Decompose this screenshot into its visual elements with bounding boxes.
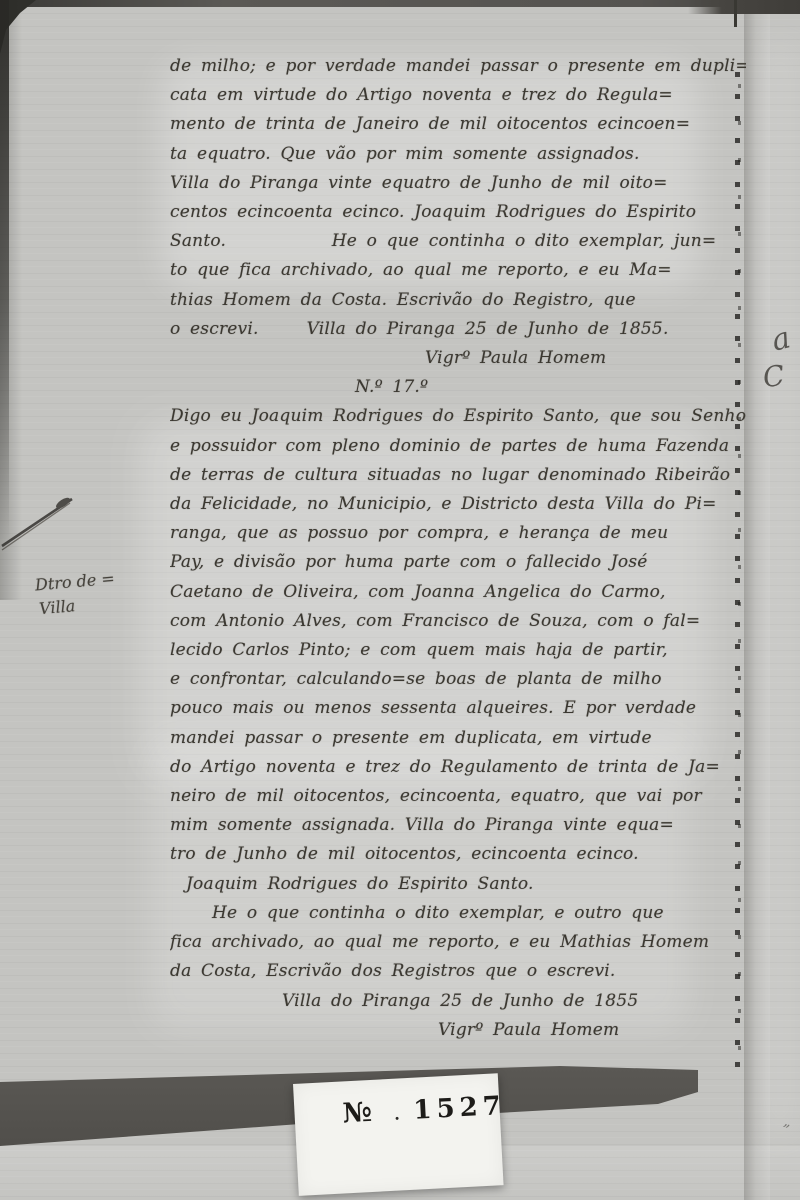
numero-sign: № [342, 1097, 373, 1129]
manuscript-line: da Felicidade, no Municipio, e Districto… [170, 490, 746, 519]
manuscript-line: centos ecincoenta ecinco. Joaquim Rodrig… [170, 198, 746, 227]
manuscript-line: do Artigo noventa e trez do Regulamento … [170, 753, 746, 782]
archive-label-row: № . 1527 [293, 1073, 500, 1132]
manuscript-line: Caetano de Oliveira, com Joanna Angelica… [170, 578, 746, 607]
binding-gutter [744, 0, 770, 1200]
margin-note: Dtro de = Villa [34, 567, 118, 622]
manuscript-line: neiro de mil oitocentos, ecincoenta, equ… [170, 782, 746, 811]
manuscript-line: Digo eu Joaquim Rodrigues do Espirito Sa… [170, 402, 746, 431]
manuscript-line: Santo. He o que continha o dito exemplar… [170, 227, 746, 256]
manuscript-line: com Antonio Alves, com Francisco de Souz… [170, 607, 746, 636]
manuscript-text-block: de milho; e por verdade mandei passar o … [170, 52, 746, 1045]
manuscript-line: Villa do Piranga vinte equatro de Junho … [170, 169, 746, 198]
facing-page-partial-glyph: C [761, 359, 787, 395]
manuscript-line: pouco mais ou menos sessenta alqueires. … [170, 694, 746, 723]
manuscript-line: cata em virtude do Artigo noventa e trez… [170, 81, 746, 110]
manuscript-line: ranga, que as possuo por compra, e heran… [170, 519, 746, 548]
manuscript-line: mandei passar o presente em duplicata, e… [170, 724, 746, 753]
manuscript-line: to que fica archivado, ao qual me report… [170, 256, 746, 285]
scanned-manuscript-page: { "manuscript": { "lines": [ {"text":"de… [0, 0, 800, 1200]
manuscript-line: He o que continha o dito exemplar, e out… [170, 899, 746, 928]
scan-top-edge [0, 0, 800, 7]
manuscript-line: Pay, e divisão por huma parte com o fall… [170, 548, 746, 577]
manuscript-line: de milho; e por verdade mandei passar o … [170, 52, 746, 81]
scan-top-edge-shadow [688, 0, 800, 14]
scribe-signature: Vigrº Paula Homem [170, 1016, 746, 1045]
label-dot: . [372, 1104, 415, 1125]
manuscript-line: ta equatro. Que vão por mim somente assi… [170, 140, 746, 169]
manuscript-line: tro de Junho de mil oitocentos, ecincoen… [170, 840, 746, 869]
scan-edge-tick [734, 0, 737, 27]
manuscript-line: thias Homem da Costa. Escrivão do Regist… [170, 286, 746, 315]
declarant-signature: Joaquim Rodrigues do Espirito Santo. [170, 870, 746, 899]
dateline: Villa do Piranga 25 de Junho de 1855 [170, 987, 746, 1016]
manuscript-line: mento de trinta de Janeiro de mil oitoce… [170, 110, 746, 139]
archive-label-card: № . 1527 [293, 1073, 504, 1196]
manuscript-line: lecido Carlos Pinto; e com quem mais haj… [170, 636, 746, 665]
scan-left-edge-shadow [0, 0, 22, 600]
manuscript-line: mim somente assignada. Villa do Piranga … [170, 811, 746, 840]
archive-number: 1527 [413, 1091, 507, 1126]
manuscript-line: o escrevi. Villa do Piranga 25 de Junho … [170, 315, 746, 344]
manuscript-line: e possuidor com pleno dominio de partes … [170, 432, 746, 461]
manuscript-line: fica archivado, ao qual me reporto, e eu… [170, 928, 746, 957]
record-number-heading: N.º 17.º [170, 373, 746, 402]
manuscript-line: e confrontar, calculando=se boas de plan… [170, 665, 746, 694]
manuscript-line: da Costa, Escrivão dos Registros que o e… [170, 957, 746, 986]
scribe-signature: Vigrº Paula Homem [170, 344, 746, 373]
manuscript-line: de terras de cultura situadas no lugar d… [170, 461, 746, 490]
